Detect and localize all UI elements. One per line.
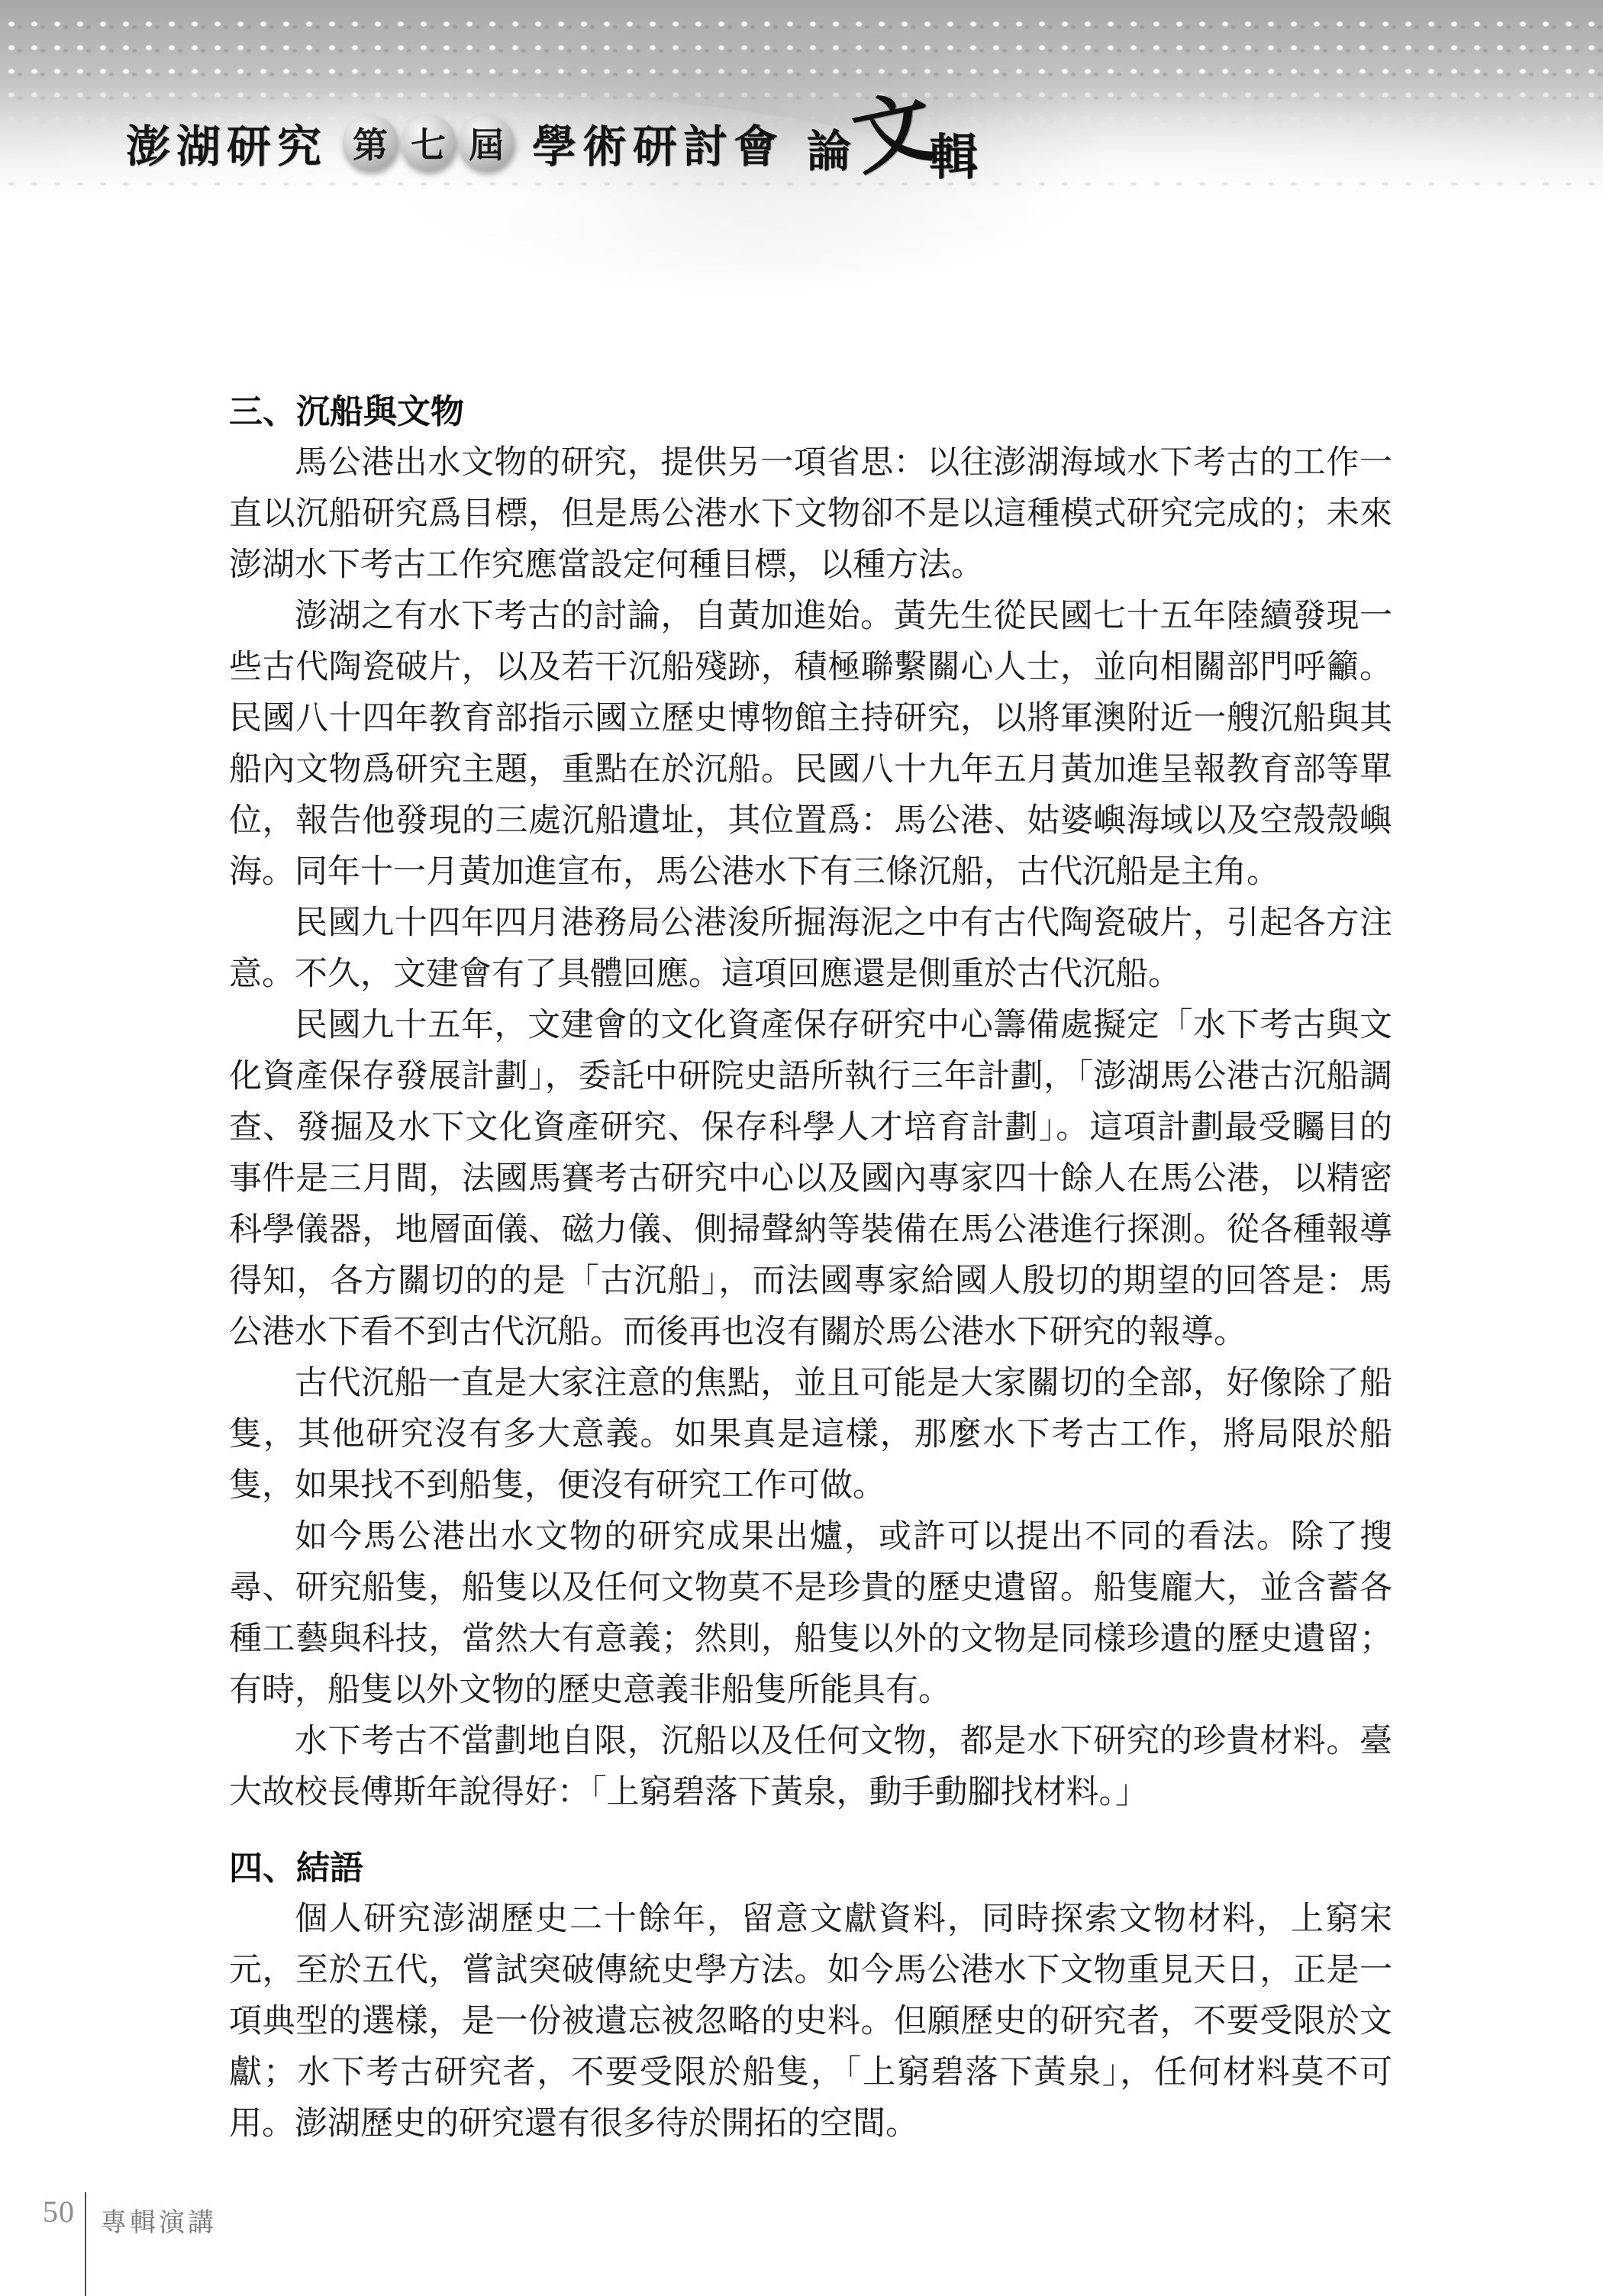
footer-divider-line: [85, 2192, 86, 2296]
paragraph: 馬公港出水文物的研究，提供另一項省思：以往澎湖海域水下考古的工作一直以沉船研究爲…: [229, 437, 1392, 591]
section-shipwrecks-and-artifacts: 三、沉船與文物 馬公港出水文物的研究，提供另一項省思：以往澎湖海域水下考古的工作…: [229, 386, 1392, 1818]
title-circle-2: 七: [401, 115, 456, 170]
page-number: 50: [43, 2194, 75, 2230]
footer-section-label: 專輯演講: [101, 2201, 217, 2239]
paragraph: 民國九十四年四月港務局公港浚所掘海泥之中有古代陶瓷破片，引起各方注意。不久，文建…: [229, 898, 1392, 1000]
section-heading: 三、沉船與文物: [229, 386, 1392, 437]
scanned-document-page: 澎湖研究 第 七 屆 學術研討會 論 文 輯 三、沉船與文物 馬公港出水文物的研…: [0, 0, 1603, 2296]
proceedings-title-logo: 澎湖研究 第 七 屆 學術研討會 論 文 輯: [126, 85, 978, 200]
section-conclusion: 四、結語 個人研究澎湖歷史二十餘年，留意文獻資料，同時探索文物材料，上窮宋元，至…: [229, 1843, 1392, 2149]
title-tail-lun: 論: [807, 115, 851, 179]
title-middle: 學術研討會: [532, 111, 784, 175]
paragraph: 如今馬公港出水文物的研究成果出爐，或許可以提出不同的看法。除了搜尋、研究船隻，船…: [229, 1511, 1392, 1716]
paragraph: 個人研究澎湖歷史二十餘年，留意文獻資料，同時探索文物材料，上窮宋元，至於五代，嘗…: [229, 1894, 1392, 2149]
section-heading: 四、結語: [229, 1843, 1392, 1894]
title-circle-3: 屆: [459, 115, 514, 170]
paragraph: 古代沉船一直是大家注意的焦點，並且可能是大家關切的全部，好像除了船隻，其他研究沒…: [229, 1358, 1392, 1511]
document-body: 三、沉船與文物 馬公港出水文物的研究，提供另一項省思：以往澎湖海域水下考古的工作…: [229, 386, 1392, 2165]
page-header-banner: 澎湖研究 第 七 屆 學術研討會 論 文 輯: [0, 0, 1603, 200]
paragraph: 澎湖之有水下考古的討論，自黃加進始。黃先生從民國七十五年陸續發現一些古代陶瓷破片…: [229, 591, 1392, 898]
title-tail-ji: 輯: [929, 118, 978, 189]
paragraph: 民國九十五年，文建會的文化資產保存研究中心籌備處擬定「水下考古與文化資產保存發展…: [229, 1000, 1392, 1358]
title-circle-1: 第: [343, 115, 398, 170]
title-prefix: 澎湖研究: [126, 111, 327, 175]
paragraph: 水下考古不當劃地自限，沉船以及任何文物，都是水下研究的珍貴材料。臺大故校長傅斯年…: [229, 1716, 1392, 1818]
